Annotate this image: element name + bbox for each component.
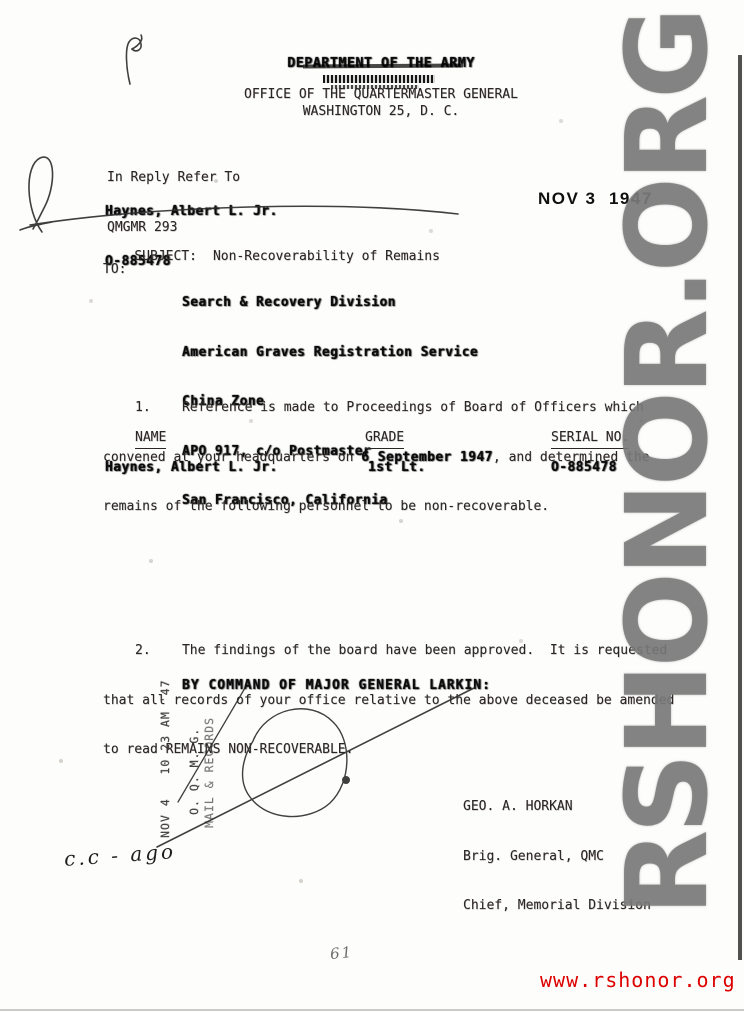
address-line: American Graves Registration Service (182, 345, 478, 362)
footer-url-link[interactable]: www.rshonor.org (540, 968, 736, 992)
paragraph-1-line-3: remains of the following personnel to be… (103, 499, 688, 516)
pencil-page-number: 61 (329, 943, 354, 963)
table-header-grade: GRADE (365, 430, 404, 449)
watermark-text: RSHONOR.ORG (612, 11, 724, 916)
cc-handwritten-note: c.c - ago (63, 839, 176, 871)
bottom-edge-scan-line (0, 1009, 744, 1011)
table-cell-grade: 1st Lt. (368, 460, 426, 477)
casualty-name-stamp: Haynes, Albert L. Jr. (105, 204, 278, 221)
pen-signature-left (29, 157, 53, 232)
paragraph-1: 1. Reference is made to Proceedings of B… (103, 367, 688, 549)
table-header-name: NAME (135, 430, 166, 449)
received-stamp-section-line: MAIL & RECORDS (201, 717, 218, 828)
pen-squiggle-top (126, 38, 141, 84)
right-edge-scan-line (738, 55, 742, 960)
scan-noise-speckles (0, 0, 2, 2)
to-label: TO: (103, 262, 126, 279)
address-line: Search & Recovery Division (182, 295, 478, 312)
document-page: DEPARTMENT OF THE ARMY OFFICE OF THE QUA… (0, 0, 744, 1012)
obliterated-overstrike-line (323, 75, 435, 83)
received-stamp-date-line: NOV 4 10 23 AM '47 (157, 680, 174, 838)
header-office-line: OFFICE OF THE QUARTERMASTER GENERAL (199, 87, 563, 104)
paragraph-1-line-1: 1. Reference is made to Proceedings of B… (103, 400, 688, 417)
pen-squiggle-top-tail (132, 35, 142, 49)
header-city-line: WASHINGTON 25, D. C. (199, 104, 563, 121)
pen-signature-left-cross (20, 222, 52, 230)
table-cell-name: Haynes, Albert L. Jr. (105, 460, 278, 477)
command-stamp: BY COMMAND OF MAJOR GENERAL LARKIN: (182, 678, 491, 695)
